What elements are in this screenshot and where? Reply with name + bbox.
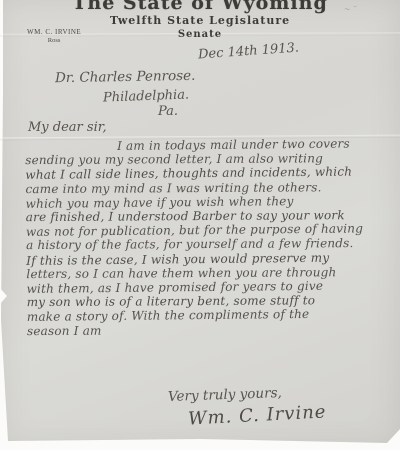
recipient-state: Pa. bbox=[158, 104, 178, 119]
sender-location: Ross bbox=[27, 37, 81, 44]
recipient-line: Dr. Charles Penrose. bbox=[55, 68, 196, 86]
sender-name: WM. C. IRVINE bbox=[27, 28, 81, 36]
body-line: season I am bbox=[27, 322, 391, 338]
salutation: My dear sir, bbox=[28, 120, 107, 135]
recipient-city: Philadelphia. bbox=[103, 88, 190, 106]
letter-body: I am in todays mail under two covers sen… bbox=[25, 136, 391, 339]
letterhead-subtitle: Twelfth State Legislature bbox=[0, 14, 400, 27]
scanned-letter: ~¨ The State of Wyoming Twelfth State Le… bbox=[0, 0, 400, 450]
letterhead-title: The State of Wyoming bbox=[0, 0, 400, 12]
sender-block: WM. C. IRVINE Ross bbox=[27, 28, 81, 44]
